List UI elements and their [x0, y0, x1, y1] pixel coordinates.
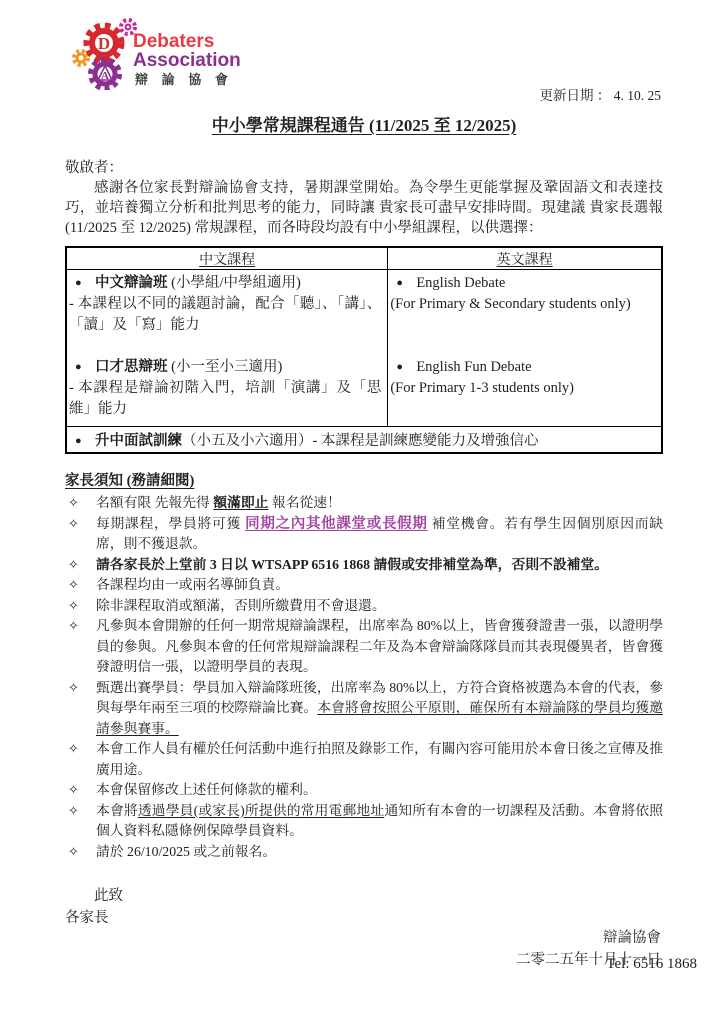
course-desc: (For Primary & Secondary students only) [390, 294, 657, 315]
table-header-chinese: 中文課程 [66, 247, 388, 270]
course-subtitle: (小學組/中學組適用) [168, 275, 301, 291]
closing-cidz: 此致 [65, 884, 663, 905]
note-item: ✧請於 26/10/2025 或之前報名。 [65, 842, 663, 863]
document-page: D A Debaters Association 辯 論 協 會 更新日期 ： … [0, 0, 728, 1024]
signature-date: 二零二五年十月十一日 [65, 949, 661, 971]
page-title: 中小學常規課程通告 (11/2025 至 12/2025) [65, 111, 663, 136]
closing-recipient: 各家長 [65, 906, 663, 927]
tel-footer: Tel: 6516 1868 [606, 956, 697, 973]
diamond-bullet-icon: ✧ [65, 596, 96, 617]
notes-heading: 家長須知 (務請細閱) [65, 469, 663, 490]
course-title-line: ●中文辯論班 (小學組/中學組適用) [69, 273, 381, 294]
note-segment: 每期課程，學員將可獲 [96, 516, 245, 531]
note-segment: 透過學員(或家長)所提供的常用電郵地址 [138, 803, 384, 818]
note-item: ✧甄選出賽學員：學員加入辯論隊班後，出席率為 80%以上，方符合資格被選為本會的… [65, 678, 663, 740]
notes-list: ✧名額有限 先報先得 額滿即止 報名從速！✧每期課程，學員將可獲 同期之內其他課… [65, 493, 663, 862]
course-desc: (For Primary 1-3 students only) [390, 378, 657, 399]
note-item: ✧本會保留修改上述任何條款的權利。 [65, 780, 663, 801]
note-segment: 凡參與本會開辦的任何一期常規辯論課程，出席率為 80%以上，皆會獲發證書一張，以… [96, 618, 663, 674]
table-header-row: 中文課程 英文課程 [66, 247, 662, 270]
course-desc: - 本課程以不同的議題討論，配合「聽」、「講」、「讀」及「寫」能力 [69, 294, 381, 336]
salutation: 敬啟者： [65, 156, 663, 177]
course-desc: （小五及小六適用）- 本課程是訓練應變能力及增強信心 [182, 433, 538, 449]
diamond-bullet-icon: ✧ [65, 555, 96, 576]
note-item: ✧除非課程取消或額滿，否則所繳費用不會退還。 [65, 596, 663, 617]
course-name: English Debate [416, 275, 505, 291]
diamond-bullet-icon: ✧ [65, 678, 96, 740]
note-segment: 額滿即止 [213, 495, 268, 510]
signature-block: 辯論協會 二零二五年十月十一日 [65, 927, 663, 971]
diamond-bullet-icon: ✧ [65, 575, 96, 596]
note-text: 除非課程取消或額滿，否則所繳費用不會退還。 [96, 596, 663, 617]
logo-graphic: D A Debaters Association 辯 論 協 會 [71, 18, 261, 90]
debaters-association-logo: D A Debaters Association 辯 論 協 會 [71, 18, 261, 95]
course-name: 升中面試訓練 [95, 433, 182, 449]
svg-text:D: D [98, 34, 110, 53]
bullet-icon: ● [69, 357, 95, 378]
course-title-line: ●English Debate [390, 273, 657, 294]
note-item: ✧請各家長於上堂前 3 日以 WTSAPP 6516 1868 請假或安排補堂為… [65, 555, 663, 576]
bullet-icon: ● [390, 273, 416, 294]
note-text: 本會保留修改上述任何條款的權利。 [96, 780, 663, 801]
note-segment: 本會保留修改上述任何條款的權利。 [96, 782, 317, 797]
diamond-bullet-icon: ✧ [65, 514, 96, 555]
course-name: 中文辯論班 [95, 275, 168, 291]
bullet-icon: ● [69, 273, 95, 294]
diamond-bullet-icon: ✧ [65, 739, 96, 780]
note-segment: 本會將 [96, 803, 138, 818]
note-text: 各課程均由一或兩名導師負責。 [96, 575, 663, 596]
table-main-row: ●中文辯論班 (小學組/中學組適用) - 本課程以不同的議題討論，配合「聽」、「… [66, 270, 662, 427]
note-segment: 各課程均由一或兩名導師負責。 [96, 577, 289, 592]
note-item: ✧本會工作人員有權於任何活動中進行拍照及錄影工作，有關內容可能用於本會日後之宣傳… [65, 739, 663, 780]
purple-gear-a-icon: A [91, 60, 119, 88]
note-text: 本會工作人員有權於任何活動中進行拍照及錄影工作，有關內容可能用於本會日後之宣傳及… [96, 739, 663, 780]
logo-name-cn: 辯 論 協 會 [134, 72, 233, 87]
note-item: ✧凡參與本會開辦的任何一期常規辯論課程，出席率為 80%以上，皆會獲發證書一張，… [65, 616, 663, 678]
course-name: English Fun Debate [416, 359, 531, 375]
course-subtitle: (小一至小三適用) [168, 359, 283, 375]
note-text: 本會將透過學員(或家長)所提供的常用電郵地址通知所有本會的一切課程及活動。本會將… [96, 801, 663, 842]
spacer [390, 315, 657, 357]
letterhead: D A Debaters Association 辯 論 協 會 [65, 18, 663, 82]
chinese-courses-cell: ●中文辯論班 (小學組/中學組適用) - 本課程以不同的議題討論，配合「聽」、「… [66, 270, 388, 427]
note-segment: 名額有限 先報先得 [96, 495, 213, 510]
interview-training-cell: ●升中面試訓練（小五及小六適用）- 本課程是訓練應變能力及增強信心 [66, 427, 662, 454]
intro-paragraph: 感謝各位家長對辯論協會支持，暑期課堂開始。為令學生更能掌握及鞏固語文和表達技巧，… [65, 178, 663, 238]
diamond-bullet-icon: ✧ [65, 842, 96, 863]
course-title-line: ●口才思辯班 (小一至小三適用) [69, 357, 381, 378]
table-header-english: 英文課程 [388, 247, 662, 270]
diamond-bullet-icon: ✧ [65, 493, 96, 514]
diamond-bullet-icon: ✧ [65, 616, 96, 678]
note-item: ✧名額有限 先報先得 額滿即止 報名從速！ [65, 493, 663, 514]
course-desc: - 本課程是辯論初階入門，培訓「演講」及「思維」能力 [69, 378, 381, 420]
note-item: ✧本會將透過學員(或家長)所提供的常用電郵地址通知所有本會的一切課程及活動。本會… [65, 801, 663, 842]
note-segment: 本會工作人員有權於任何活動中進行拍照及錄影工作，有關內容可能用於本會日後之宣傳及… [96, 741, 663, 777]
note-segment: 請各家長於上堂前 3 日以 WTSAPP 6516 1868 請假或安排補堂為準… [96, 557, 608, 572]
note-item: ✧各課程均由一或兩名導師負責。 [65, 575, 663, 596]
orange-gear-icon [74, 51, 88, 65]
org-signature: 辯論協會 [65, 927, 661, 949]
note-segment: 除非課程取消或額滿，否則所繳費用不會退還。 [96, 598, 386, 613]
spacer [69, 336, 381, 357]
note-text: 每期課程，學員將可獲 同期之內其他課堂或長假期 補堂機會。若有學生因個別原因而缺… [96, 514, 663, 555]
note-text: 請於 26/10/2025 或之前報名。 [96, 842, 663, 863]
note-text: 名額有限 先報先得 額滿即止 報名從速！ [96, 493, 663, 514]
note-text: 甄選出賽學員：學員加入辯論隊班後，出席率為 80%以上，方符合資格被選為本會的代… [96, 678, 663, 740]
diamond-bullet-icon: ✧ [65, 780, 96, 801]
english-courses-cell: ●English Debate (For Primary & Secondary… [388, 270, 662, 427]
course-name: 口才思辯班 [95, 359, 168, 375]
diamond-bullet-icon: ✧ [65, 801, 96, 842]
note-text: 凡參與本會開辦的任何一期常規辯論課程，出席率為 80%以上，皆會獲發證書一張，以… [96, 616, 663, 678]
bullet-icon: ● [69, 435, 95, 447]
note-segment: 同期之內其他課堂或長假期 [245, 516, 427, 532]
note-text: 請各家長於上堂前 3 日以 WTSAPP 6516 1868 請假或安排補堂為準… [96, 555, 663, 576]
course-table: 中文課程 英文課程 ●中文辯論班 (小學組/中學組適用) - 本課程以不同的議題… [65, 246, 663, 454]
note-segment: 請於 26/10/2025 或之前報名。 [96, 844, 276, 859]
note-segment: 報名從速！ [268, 495, 340, 510]
logo-name-en1: Debaters [133, 31, 214, 52]
logo-name-en2: Association [133, 50, 241, 71]
table-footer-row: ●升中面試訓練（小五及小六適用）- 本課程是訓練應變能力及增強信心 [66, 427, 662, 454]
red-gear-d-icon: D [87, 26, 121, 60]
course-title-line: ●English Fun Debate [390, 357, 657, 378]
note-item: ✧每期課程，學員將可獲 同期之內其他課堂或長假期 補堂機會。若有學生因個別原因而… [65, 514, 663, 555]
bullet-icon: ● [390, 357, 416, 378]
svg-text:A: A [101, 70, 109, 82]
